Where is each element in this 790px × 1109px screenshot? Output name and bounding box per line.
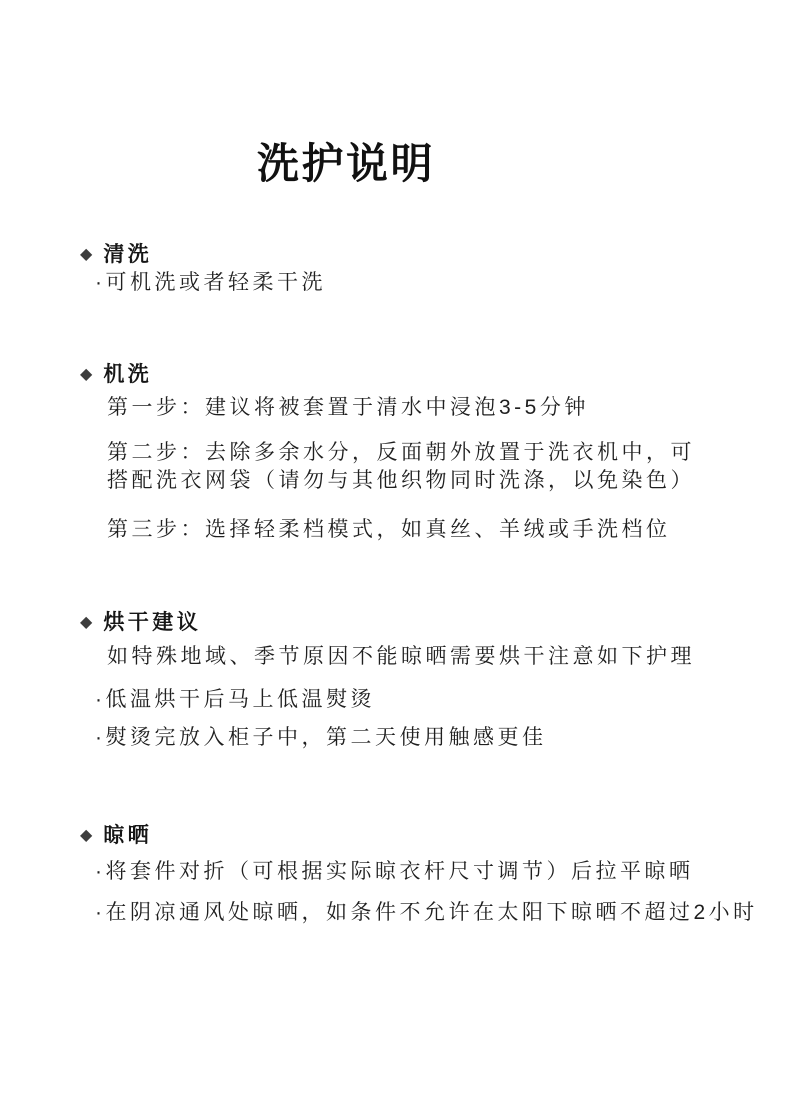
- care-instruction-line: ·可机洗或者轻柔干洗: [95, 269, 326, 297]
- diamond-bullet-icon: ◆: [80, 828, 92, 844]
- care-instruction-line: 如特殊地域、季节原因不能晾晒需要烘干注意如下护理: [107, 643, 695, 671]
- care-instruction-line: ·低温烘干后马上低温熨烫: [95, 686, 375, 714]
- care-instruction-line: ·将套件对折（可根据实际晾衣杆尺寸调节）后拉平晾晒: [95, 858, 694, 886]
- section-heading-label: 清洗: [103, 241, 152, 269]
- section-heading-label: 烘干建议: [103, 609, 201, 637]
- diamond-bullet-icon: ◆: [80, 247, 92, 263]
- care-instruction-line: 第二步：去除多余水分，反面朝外放置于洗衣机中，可 搭配洗衣网袋（请勿与其他织物同…: [107, 439, 695, 495]
- section-heading-label: 机洗: [103, 361, 152, 389]
- care-instruction-line: 第一步：建议将被套置于清水中浸泡3-5分钟: [107, 394, 589, 422]
- care-instruction-line: ·在阴凉通风处晾晒，如条件不允许在太阳下晾晒不超过2小时: [95, 899, 758, 927]
- section-heading-cleaning: ◆ 清洗: [80, 241, 152, 269]
- section-heading-label: 晾晒: [103, 822, 152, 850]
- page-title: 洗护说明: [257, 139, 435, 189]
- care-instruction-line: 第三步：选择轻柔档模式，如真丝、羊绒或手洗档位: [107, 516, 671, 544]
- care-instruction-line: ·熨烫完放入柜子中，第二天使用触感更佳: [95, 724, 547, 752]
- care-instructions-page: 洗护说明 ◆ 清洗 ·可机洗或者轻柔干洗 ◆ 机洗 第一步：建议将被套置于清水中…: [0, 0, 790, 1109]
- diamond-bullet-icon: ◆: [80, 615, 92, 631]
- diamond-bullet-icon: ◆: [80, 367, 92, 383]
- section-heading-air-drying: ◆ 晾晒: [80, 822, 152, 850]
- section-heading-drying-advice: ◆ 烘干建议: [80, 609, 201, 637]
- section-heading-machine-wash: ◆ 机洗: [80, 361, 152, 389]
